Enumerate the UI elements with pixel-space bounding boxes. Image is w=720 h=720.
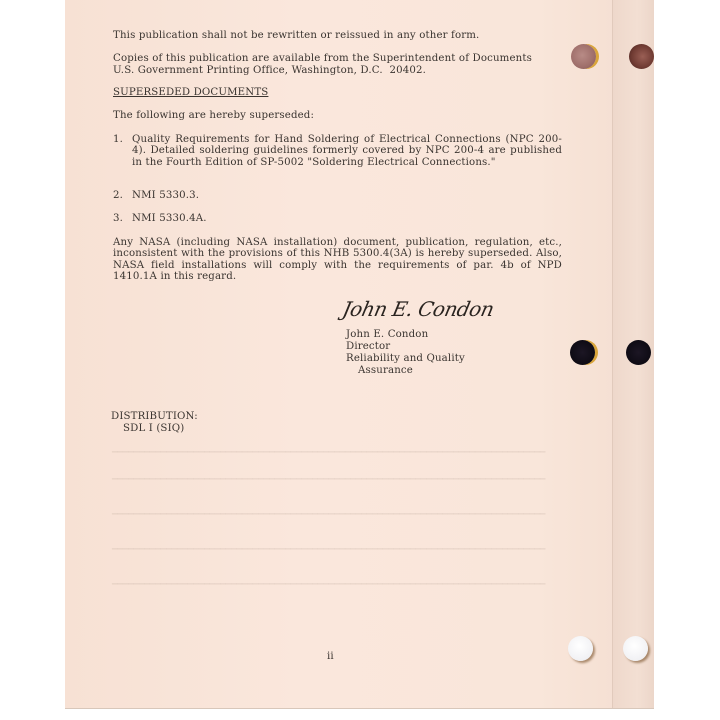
page-fold-line (612, 0, 613, 708)
signatory-office-line-2: Assurance (358, 365, 413, 376)
superseded-item-number: 1. (113, 134, 123, 145)
binder-hole-icon (629, 44, 654, 69)
superseded-item-number: 3. (113, 213, 123, 224)
signatory-office-line-1: Reliability and Quality (346, 353, 465, 364)
distribution-value: SDL I (SIQ) (123, 423, 184, 434)
superseded-item-number: 2. (113, 190, 123, 201)
binder-hole-icon (568, 636, 593, 661)
bleed-through-texture: ━━━━━━━━━━━━━━━━━━━━━━━━━━━━━━━━━━━━━━━━… (112, 475, 545, 485)
copies-line-2: U.S. Government Printing Office, Washing… (113, 65, 426, 76)
bleed-through-texture: ━━━━━━━━━━━━━━━━━━━━━━━━━━━━━━━━━━━━━━━━… (112, 510, 545, 520)
page-number: ii (327, 651, 334, 662)
superseded-item-text: NMI 5330.4A. (132, 213, 207, 224)
binder-hole-icon (571, 44, 596, 69)
superseded-item-text: NMI 5330.3. (132, 190, 199, 201)
signatory-name: John E. Condon (346, 329, 428, 340)
bleed-through-texture: ━━━━━━━━━━━━━━━━━━━━━━━━━━━━━━━━━━━━━━━━… (112, 580, 545, 590)
distribution-label: DISTRIBUTION: (111, 411, 198, 422)
binder-hole-icon (626, 340, 651, 365)
closing-paragraph: Any NASA (including NASA installation) d… (113, 237, 562, 282)
bleed-through-texture: ━━━━━━━━━━━━━━━━━━━━━━━━━━━━━━━━━━━━━━━━… (112, 545, 545, 555)
reissue-notice: This publication shall not be rewritten … (113, 30, 479, 41)
superseded-heading: SUPERSEDED DOCUMENTS (113, 87, 268, 98)
handwritten-signature: John E. Condon (340, 297, 496, 321)
superseded-intro: The following are hereby superseded: (113, 110, 314, 121)
binder-hole-icon (570, 340, 595, 365)
binder-hole-icon (623, 636, 648, 661)
copies-line-1: Copies of this publication are available… (113, 53, 532, 64)
superseded-item-text: Quality Requirements for Hand Soldering … (132, 134, 562, 168)
bleed-through-texture: ━━━━━━━━━━━━━━━━━━━━━━━━━━━━━━━━━━━━━━━━… (112, 448, 545, 458)
signatory-title: Director (346, 341, 390, 352)
